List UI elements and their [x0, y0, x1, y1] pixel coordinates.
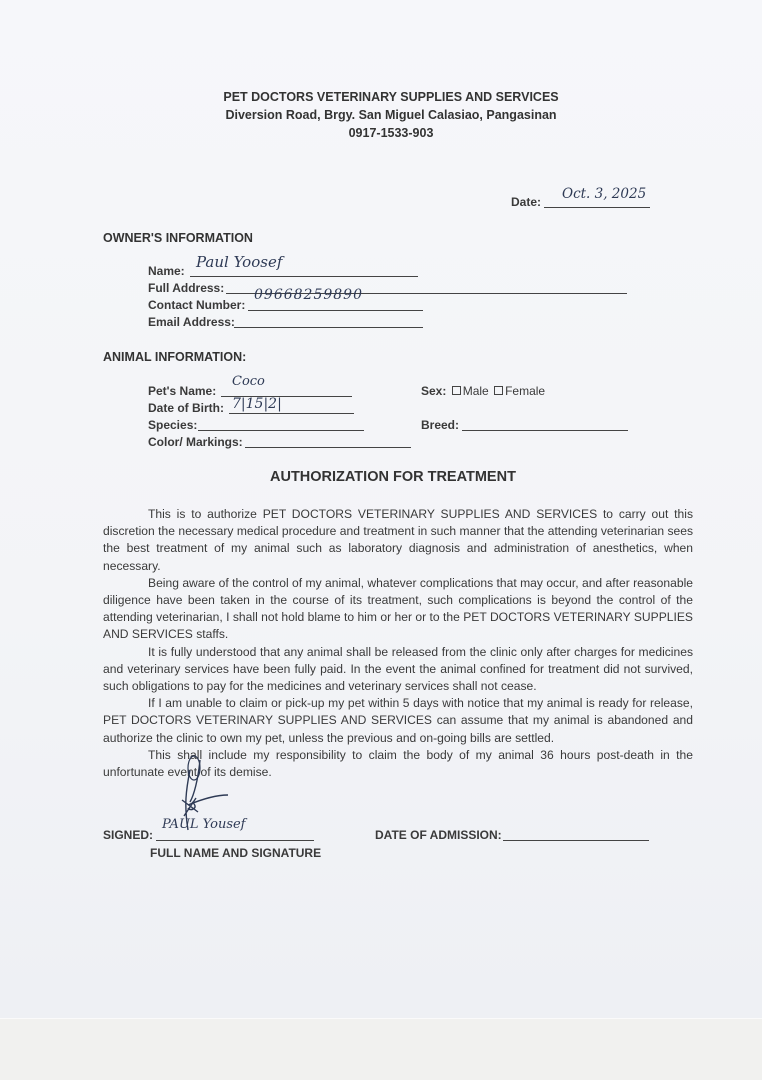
authorization-body: This is to authorize PET DOCTORS VETERIN…: [103, 506, 693, 781]
owner-contact-label: Contact Number:: [148, 298, 245, 312]
owner-name-line: [190, 276, 418, 277]
date-of-admission-label: DATE OF ADMISSION:: [375, 828, 502, 842]
signed-field[interactable]: PAUL Yousef: [162, 817, 246, 832]
sex-label: Sex:: [421, 384, 446, 398]
authorization-paragraph: This is to authorize PET DOCTORS VETERIN…: [103, 506, 693, 575]
owner-section-title: OWNER'S INFORMATION: [103, 231, 253, 245]
dob-label: Date of Birth:: [148, 401, 224, 415]
dob-line: [229, 413, 354, 414]
male-option-label: Male: [463, 384, 489, 398]
pet-name-label: Pet's Name:: [148, 384, 216, 398]
owner-address-label: Full Address:: [148, 281, 224, 295]
scan-bottom-edge: [0, 1018, 762, 1080]
signed-label: SIGNED:: [103, 828, 153, 842]
signature-caption: FULL NAME AND SIGNATURE: [150, 846, 321, 860]
female-option-label: Female: [505, 384, 545, 398]
female-checkbox[interactable]: [494, 386, 503, 395]
owner-email-label: Email Address:: [148, 315, 235, 329]
owner-name-label: Name:: [148, 264, 185, 278]
authorization-paragraph: Being aware of the control of my animal,…: [103, 575, 693, 644]
color-markings-line[interactable]: [245, 447, 411, 448]
species-line[interactable]: [198, 430, 364, 431]
date-field[interactable]: Oct. 3, 2025: [562, 186, 646, 202]
authorization-title: AUTHORIZATION FOR TREATMENT: [270, 469, 516, 485]
business-name: PET DOCTORS VETERINARY SUPPLIES AND SERV…: [0, 90, 762, 104]
breed-label: Breed:: [421, 418, 459, 432]
authorization-paragraph: If I am unable to claim or pick-up my pe…: [103, 695, 693, 747]
pet-name-field[interactable]: Coco: [232, 374, 265, 389]
species-label: Species:: [148, 418, 197, 432]
date-line: [544, 207, 650, 208]
breed-line[interactable]: [462, 430, 628, 431]
owner-name-field[interactable]: Paul Yoosef: [196, 253, 282, 271]
signed-line: [156, 840, 314, 841]
owner-contact-field[interactable]: 09668259890: [254, 287, 363, 303]
business-phone: 0917-1533-903: [0, 126, 762, 140]
date-label: Date:: [511, 195, 541, 209]
owner-email-line[interactable]: [234, 327, 423, 328]
dob-field[interactable]: 7|15|2|: [232, 396, 282, 412]
color-markings-label: Color/ Markings:: [148, 435, 243, 449]
animal-section-title: ANIMAL INFORMATION:: [103, 350, 246, 364]
date-of-admission-line[interactable]: [503, 840, 649, 841]
owner-contact-line: [248, 310, 423, 311]
authorization-paragraph: It is fully understood that any animal s…: [103, 644, 693, 696]
male-checkbox[interactable]: [452, 386, 461, 395]
form-sheet: PET DOCTORS VETERINARY SUPPLIES AND SERV…: [0, 0, 762, 1018]
business-address: Diversion Road, Brgy. San Miguel Calasia…: [0, 108, 762, 122]
sex-field: Sex: Male Female: [421, 384, 545, 398]
